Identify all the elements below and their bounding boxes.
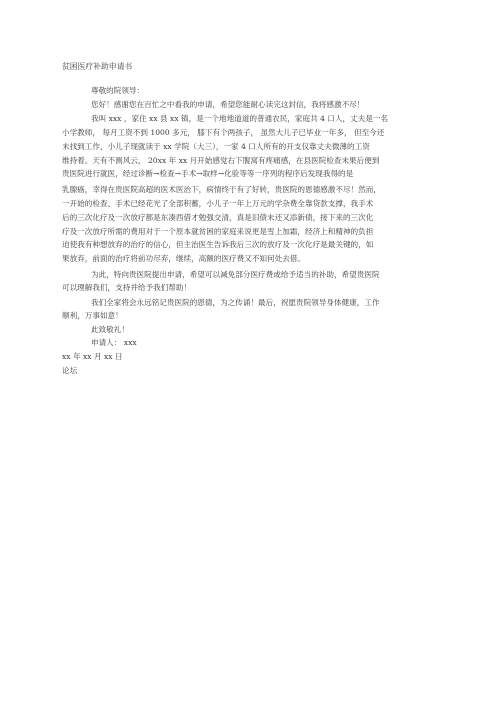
body-line: 一开始的检查、手术已经花光了全部积蓄，小儿子一年上万元的学杂费全靠贷款支撑，我手… xyxy=(62,199,373,209)
body-line: 我叫 xxx ，家住 xx 县 xx 镇，是一个地地道道的普通农民，家庭共 4 … xyxy=(91,114,388,124)
body-line: 您好！感谢您在百忙之中看我的申请，希望您能耐心读完这封信，我将感激不尽！ xyxy=(91,100,364,110)
body-line: 我们全家将会永远铭记贵医院的恩德，为之传诵！最后，祝愿贵院领导身体健康，工作 xyxy=(91,298,380,308)
body-line: 可以理解我们，支持并给予我们帮助！ xyxy=(62,283,191,293)
body-line: 果放弃，前面的治疗将前功尽弃，继续，高额的医疗费又不知何处去借。 xyxy=(62,254,305,264)
body-line: 贵医院进行就医，经过诊断→检查→手术→取样→化验等等一序列的程序后发现我得的是 xyxy=(62,169,353,179)
body-line: 后的三次化疗及一次放疗都是东凑西借才勉强交清，真是旧债未还又添新债，接下来的三次… xyxy=(62,213,373,223)
document-page: 贫困医疗补助申请书 尊敬的院领导： 您好！感谢您在百忙之中看我的申请，希望您能耐… xyxy=(0,0,500,707)
footer-text: 论坛 xyxy=(62,366,77,376)
body-line: 顺利，万事如意！ xyxy=(62,311,123,321)
body-line: 疗及一次放疗所需的费用对于一个原本就贫困的家庭来说更是雪上加霜，经济上和精神的负… xyxy=(62,227,373,237)
body-line: 未找到工作，小儿子现就读于 xx 学院（大三），一家 4 口人所有的开支仅靠丈夫… xyxy=(62,142,370,152)
body-line: 维持着。天有不测风云， 20xx 年 xx 月开始感觉右下腹窝有疼痛感，在县医院… xyxy=(62,156,379,166)
date-line: xx 年 xx 月 xx 日 xyxy=(62,352,123,362)
body-line: 乳腺癌，幸得在贵医院高超的医术医治下，病情终于有了好转，贵医院的恩德感激不尽！然… xyxy=(62,185,381,195)
salutation: 尊敬的院领导： xyxy=(91,86,144,96)
body-line: 为此，特向贵医院提出申请，希望可以减免部分医疗费或给予适当的补助，希望贵医院 xyxy=(91,270,380,280)
document-title: 贫困医疗补助申请书 xyxy=(62,62,132,72)
body-line: 小学教师， 每月工资不到 1000 多元， 膝下有个两孩子， 虽然大儿子已毕业一… xyxy=(62,128,384,138)
body-line: 迫使我有种想放弃的治疗的信心，但主治医生告诉我后三次的放疗及一次化疗是最关键的，… xyxy=(62,240,373,250)
applicant-line: 申请人： xxx xyxy=(91,338,137,348)
closing-line: 此致敬礼！ xyxy=(91,325,129,335)
